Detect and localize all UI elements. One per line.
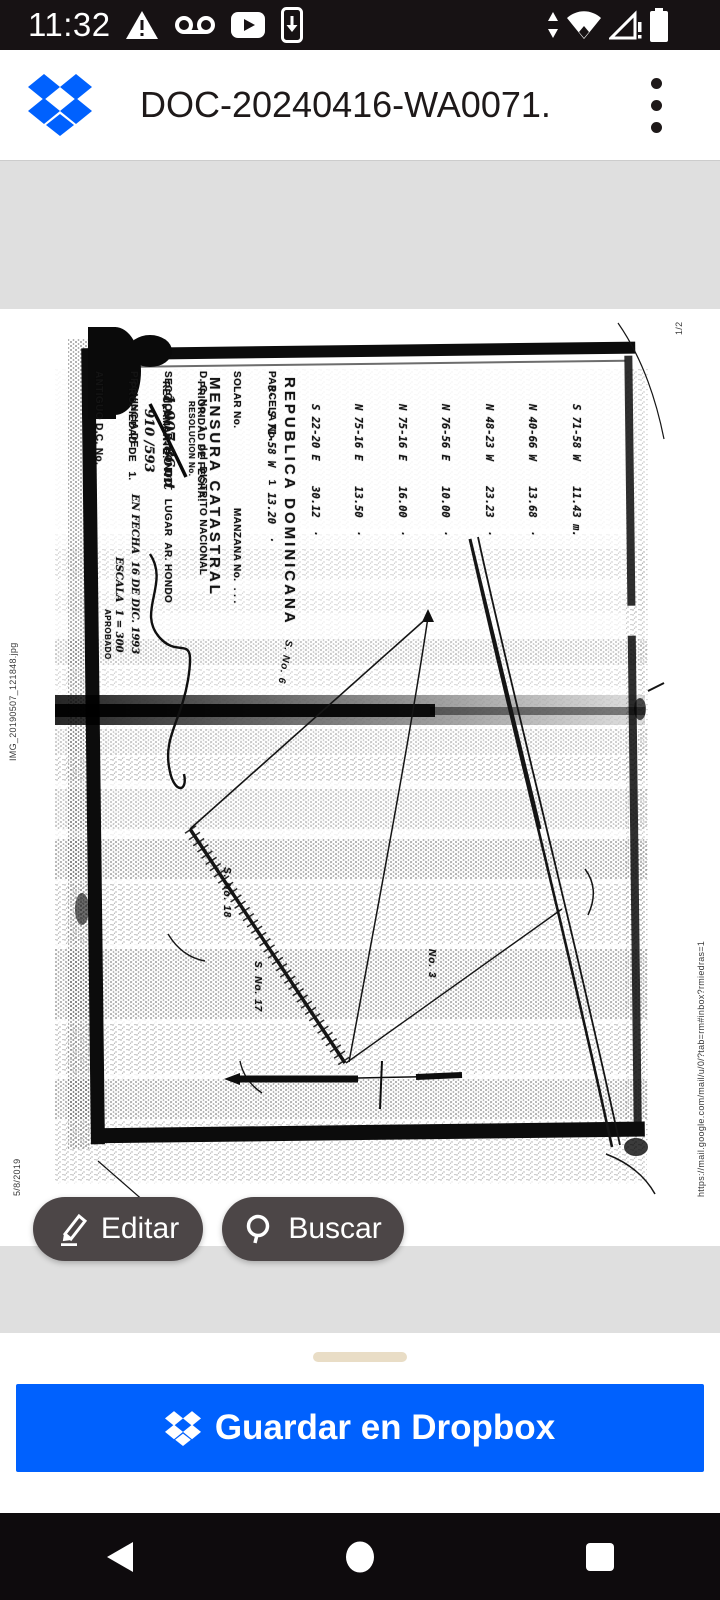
parcel-label-s17: S. No. 17 — [252, 961, 263, 1012]
stamp-fecha: EN FECHA 16 DE DIC. 1993 — [129, 494, 140, 654]
stamp-escala: ESCALA 1 = 300 — [113, 557, 124, 653]
dropbox-glyph-icon — [165, 1411, 201, 1446]
status-bar: 11:32 — [0, 0, 720, 50]
recents-icon — [585, 1542, 615, 1572]
stamp-cert: 910 /593 — [141, 409, 156, 473]
overflow-menu-icon[interactable] — [645, 72, 668, 139]
warning-icon — [125, 10, 159, 40]
signal-alert-icon — [609, 10, 643, 40]
edit-button-label: Editar — [101, 1212, 179, 1246]
app-bar: DOC-20240416-WA0071. — [0, 50, 720, 160]
margin-url: https://mail.google.com/mail/u/0/?tab=rm… — [696, 941, 706, 1197]
parcel-label-n3: No. 3 — [426, 949, 437, 978]
document-page: REPUBLICA DOMINICANA MENSURA CATASTRAL P… — [0, 309, 720, 1246]
home-icon — [345, 1541, 375, 1573]
search-icon — [244, 1213, 276, 1245]
sheet-drag-handle[interactable] — [313, 1352, 407, 1362]
stamp-area: 1,007.86mt — [160, 394, 178, 490]
dropbox-logo-icon — [28, 74, 92, 136]
parcel-label-s18: S. No. 18 — [221, 867, 232, 918]
nav-back-button[interactable] — [0, 1513, 240, 1600]
search-button-label: Buscar — [288, 1212, 381, 1246]
nav-recents-button[interactable] — [480, 1513, 720, 1600]
voicemail-icon — [175, 14, 215, 36]
edit-button[interactable]: Editar — [33, 1197, 203, 1261]
bottom-sheet: Guardar en Dropbox — [0, 1333, 720, 1513]
search-button[interactable]: Buscar — [222, 1197, 404, 1261]
margin-date: 5/8/2019 — [12, 1159, 22, 1196]
battery-icon — [650, 8, 668, 42]
margin-filename: IMG_20190507_121848.jpg — [8, 643, 18, 762]
nav-home-button[interactable] — [240, 1513, 480, 1600]
page-indicator: 1/2 — [674, 322, 684, 335]
android-nav-bar — [0, 1513, 720, 1600]
wifi-icon — [566, 10, 602, 40]
save-to-dropbox-button[interactable]: Guardar en Dropbox — [16, 1384, 704, 1472]
pencil-icon — [57, 1212, 89, 1246]
bearing-table: S 71-58 W 11.43 m. N 40-66 W 13.68 · N 4… — [235, 385, 612, 543]
back-icon — [105, 1540, 135, 1574]
stamp-resolucion: RESOLUCION No. — [187, 401, 196, 476]
phone-download-icon — [281, 7, 303, 43]
document-title: DOC-20240416-WA0071. — [140, 84, 551, 126]
clock: 11:32 — [28, 6, 111, 44]
document-viewer[interactable]: REPUBLICA DOMINICANA MENSURA CATASTRAL P… — [0, 160, 720, 1334]
save-button-label: Guardar en Dropbox — [215, 1408, 555, 1448]
data-arrows-icon — [547, 10, 559, 40]
screen: 11:32 — [0, 0, 720, 1600]
scan-fold-band — [55, 695, 645, 725]
youtube-icon — [231, 12, 265, 38]
stamp-aprobado: APROBADO — [103, 609, 112, 660]
